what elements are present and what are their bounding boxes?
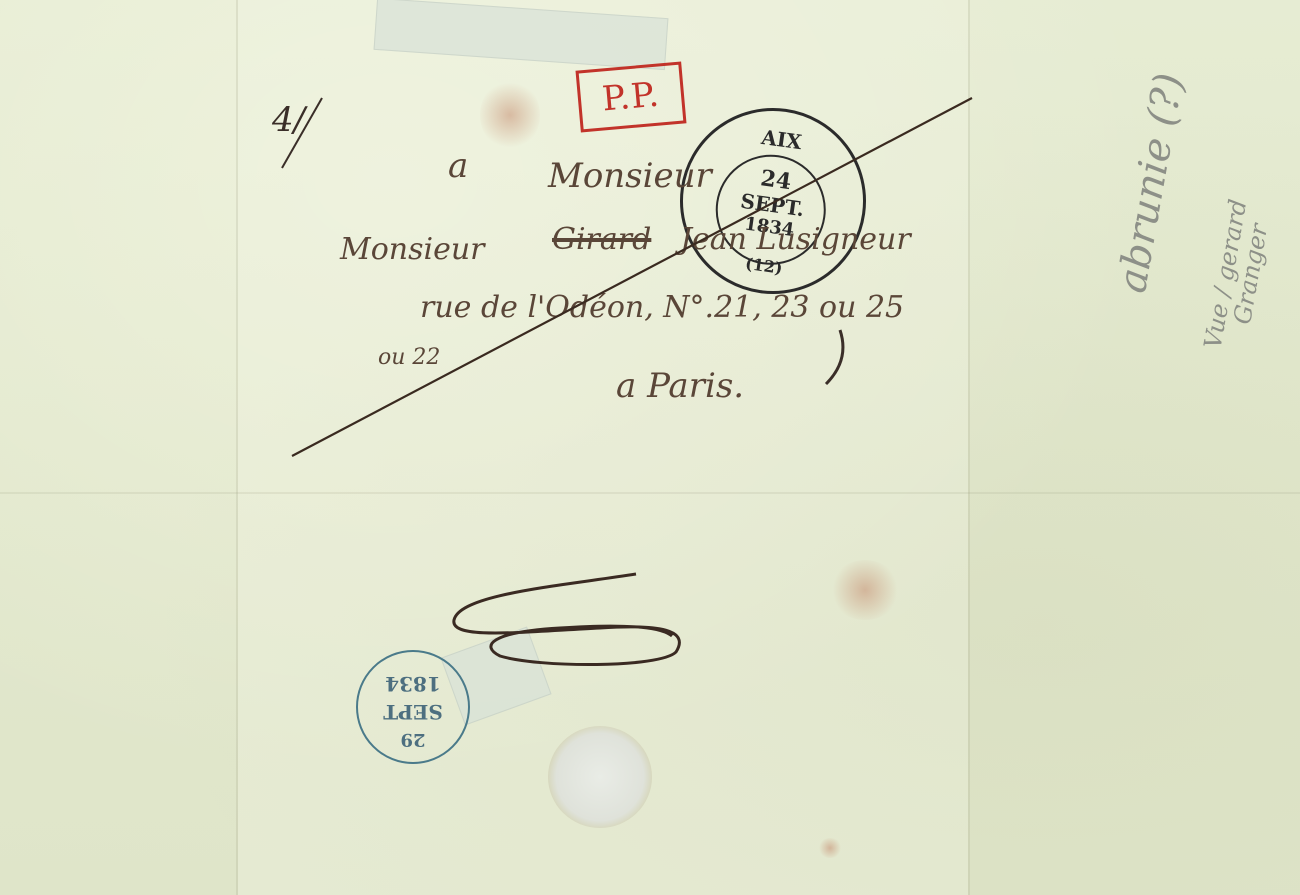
corner-stroke: [282, 98, 322, 168]
ink-strokes: [0, 0, 1300, 895]
bracket-stroke: [826, 330, 843, 384]
rate-mark-6: [454, 574, 680, 665]
cancellation-stroke: [292, 98, 972, 456]
